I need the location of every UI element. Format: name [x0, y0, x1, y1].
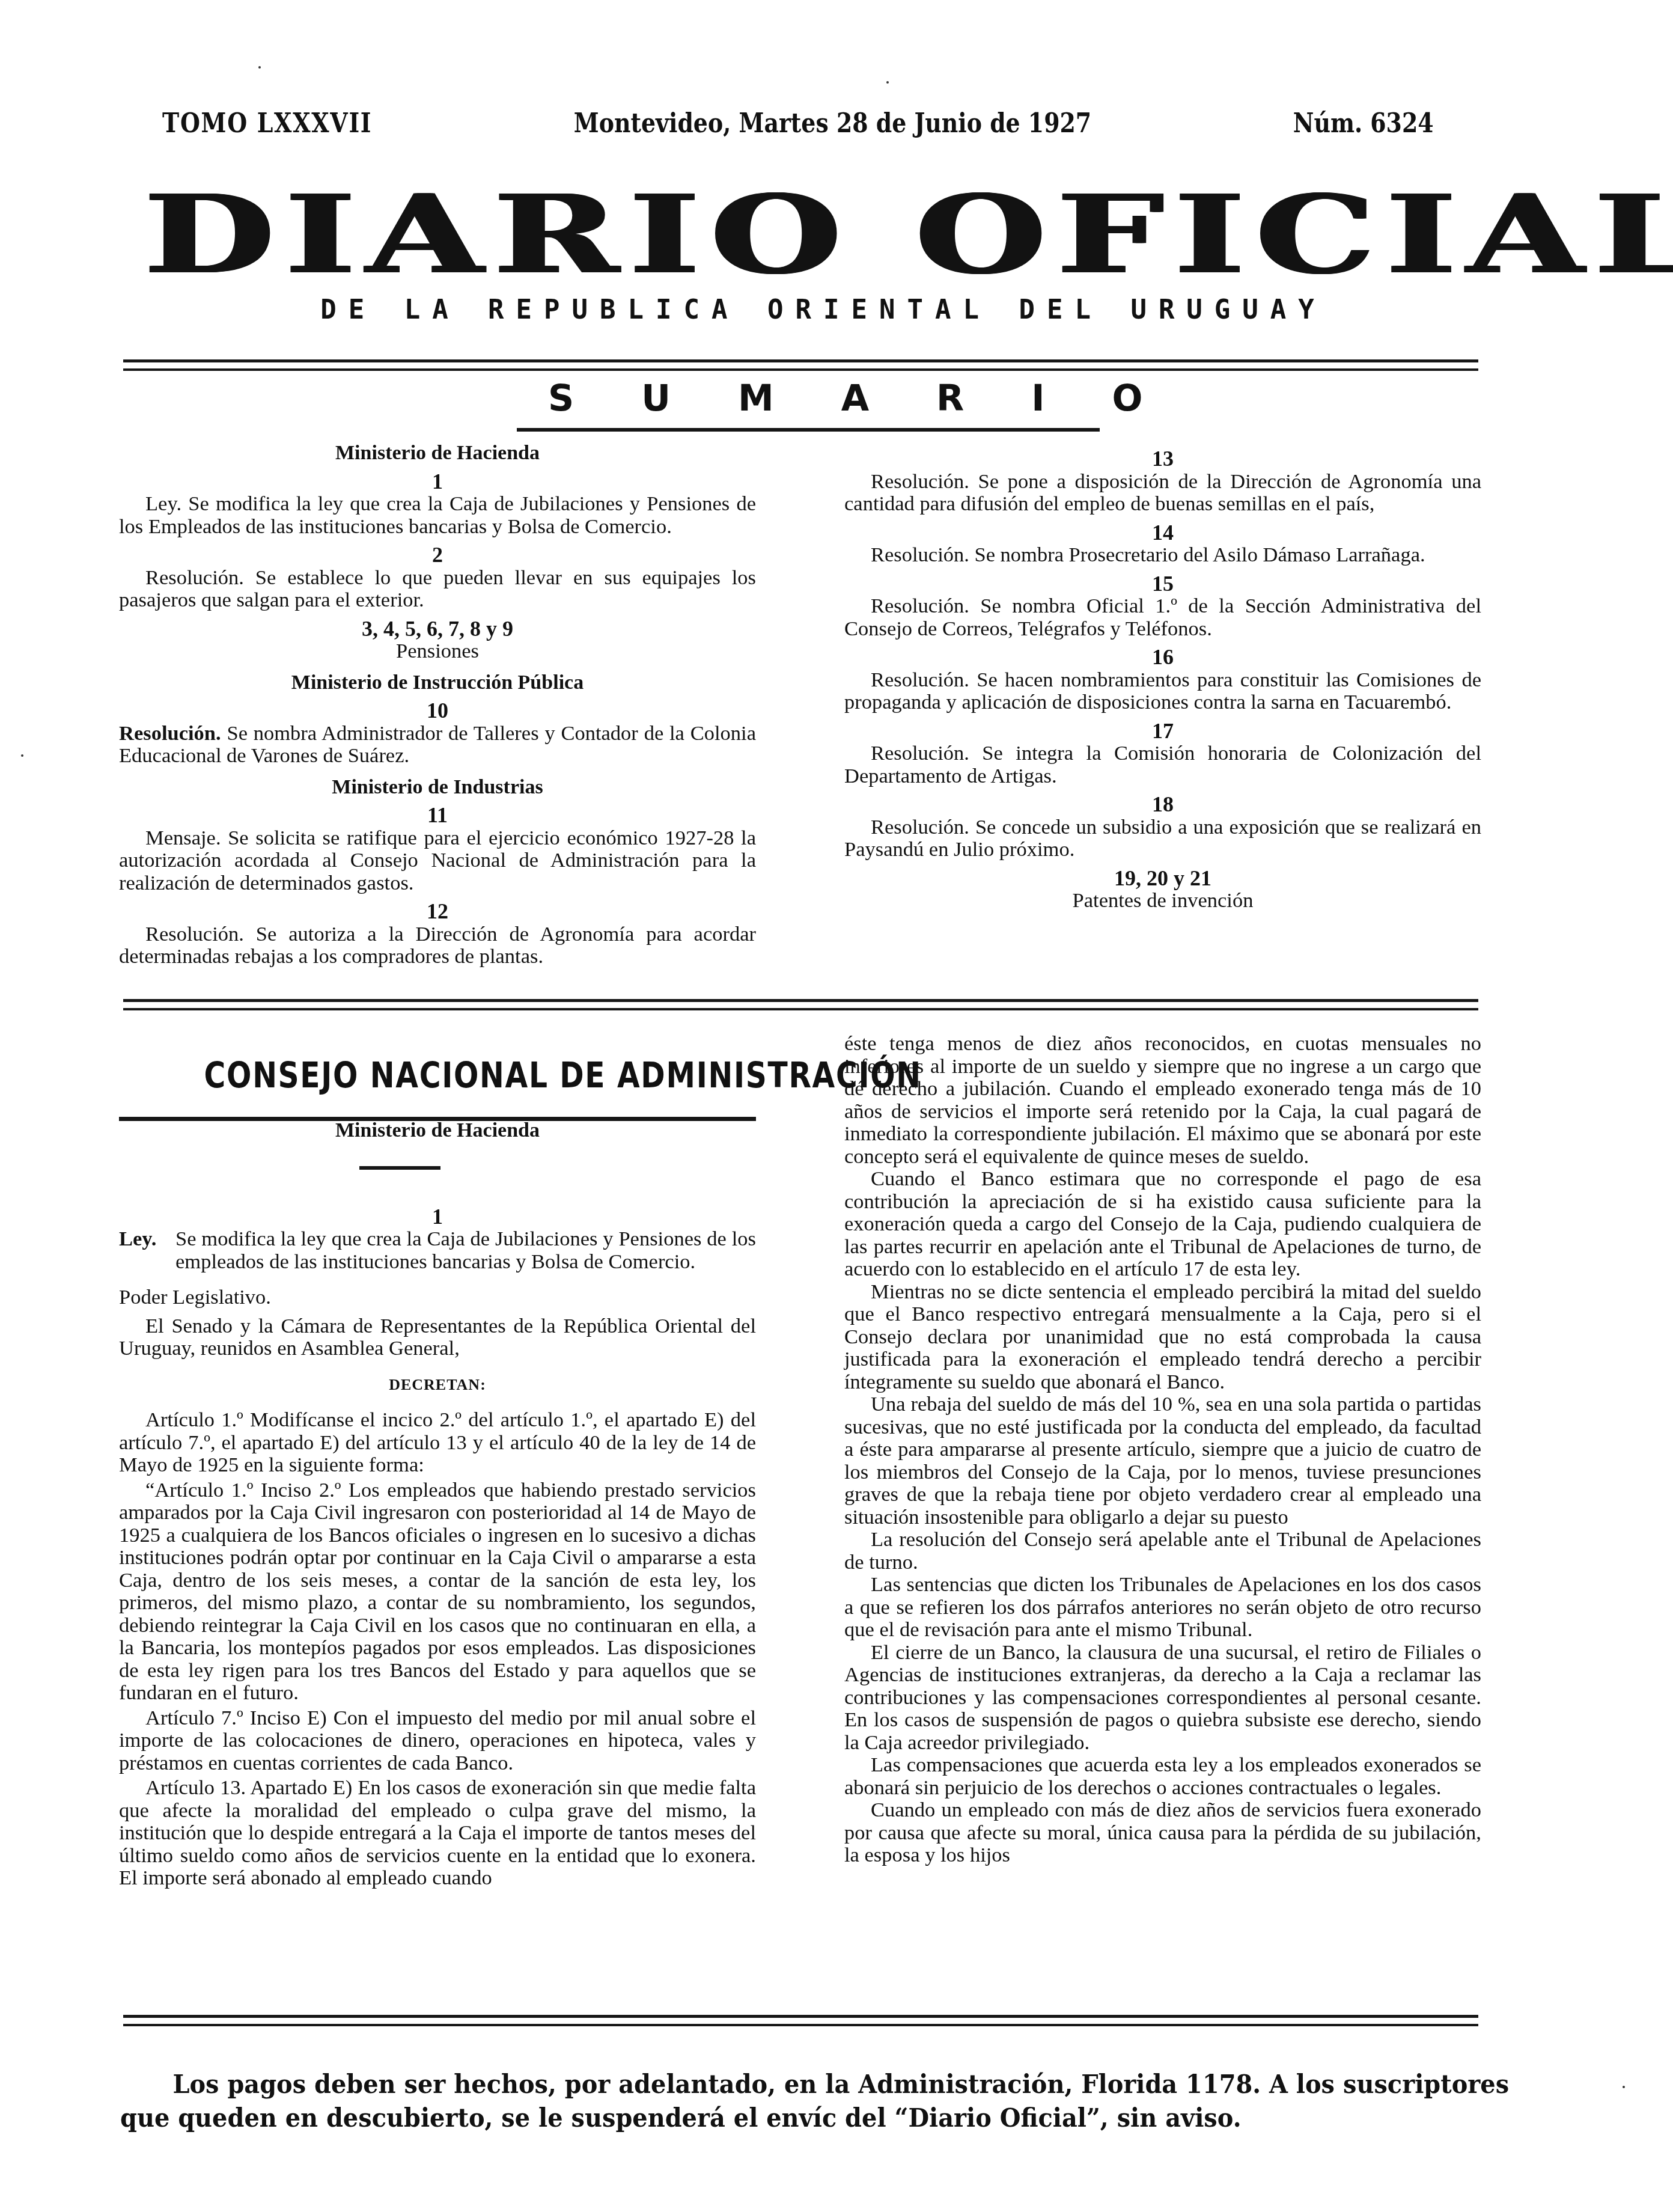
decretan-heading: DECRETAN:	[119, 1373, 756, 1396]
summary-item-label: Pensiones	[119, 640, 756, 663]
issue-header-line: TOMO LXXXVII Montevideo, Martes 28 de Ju…	[162, 108, 1268, 150]
summary-left-column: Ministerio de Hacienda1Ley. Se modifica …	[119, 442, 756, 968]
summary-item-number: 17	[844, 720, 1481, 743]
summary-item-number: 16	[844, 646, 1481, 669]
article-left-column: Ministerio de Hacienda 1 Ley. Se modific…	[119, 1119, 756, 1890]
article-paragraph: El cierre de un Banco, la clausura de un…	[844, 1642, 1481, 1755]
scan-speck	[258, 66, 261, 69]
scan-speck	[21, 754, 23, 757]
ministry-heading: Ministerio de Instrucción Pública	[119, 671, 756, 694]
article-left-paragraphs: Artículo 1.º Modifícanse el incico 2.º d…	[119, 1409, 756, 1890]
summary-item-number: 2	[119, 544, 756, 567]
ministry-heading: Ministerio de Hacienda	[119, 442, 756, 465]
article-paragraph: Las sentencias que dicten los Tribunales…	[844, 1574, 1481, 1642]
subscription-notice-line-2: que queden en descubierto, se le suspend…	[120, 2101, 1439, 2135]
article-paragraph: “Artículo 1.º Inciso 2.º Los empleados q…	[119, 1479, 756, 1705]
footer-double-rule	[123, 2015, 1478, 2026]
summary-item-number: 18	[844, 793, 1481, 816]
summary-item-text: Mensaje. Se solicita se ratifique para e…	[119, 827, 756, 895]
summary-item-number: 19, 20 y 21	[844, 867, 1481, 890]
summary-item-text: Resolución. Se autoriza a la Dirección d…	[119, 923, 756, 968]
article-paragraph: éste tenga menos de diez años reconocido…	[844, 1033, 1481, 1168]
article-lead-label: Ley.	[119, 1228, 175, 1273]
summary-item-number: 10	[119, 700, 756, 723]
section-banner: CONSEJO NACIONAL DE ADMINISTRACIÓN	[204, 1055, 644, 1096]
summary-item-number: 11	[119, 804, 756, 827]
article-right-column: éste tenga menos de diez años reconocido…	[844, 1033, 1481, 1867]
summary-item-text: Resolución. Se establece lo que pueden l…	[119, 567, 756, 612]
summary-title-rule	[517, 428, 1100, 432]
summary-item-text: Resolución. Se pone a disposición de la …	[844, 471, 1481, 516]
legislative-authority: Poder Legislativo.	[119, 1286, 756, 1309]
summary-item-label: Patentes de invención	[844, 890, 1481, 912]
summary-bottom-double-rule	[123, 999, 1478, 1010]
article-paragraph: La resolución del Consejo será apelable …	[844, 1529, 1481, 1574]
article-paragraph: Artículo 13. Apartado E) En los casos de…	[119, 1777, 756, 1890]
scan-speck	[886, 81, 889, 84]
ministry-divider	[359, 1166, 440, 1170]
summary-right-column: 13Resolución. Se pone a disposición de l…	[844, 442, 1481, 912]
summary-item-number: 13	[844, 448, 1481, 471]
volume-number: TOMO LXXXVII	[162, 108, 372, 139]
article-lead-text: Se modifica la ley que crea la Caja de J…	[175, 1228, 756, 1273]
article-ministry-heading: Ministerio de Hacienda	[119, 1119, 756, 1142]
masthead-title: DIARIO OFICIAL	[144, 180, 1502, 289]
article-paragraph: Cuando el Banco estimara que no correspo…	[844, 1168, 1481, 1281]
summary-item-number: 3, 4, 5, 6, 7, 8 y 9	[119, 618, 756, 641]
article-paragraph: Artículo 7.º Inciso E) Con el impuesto d…	[119, 1707, 756, 1775]
summary-item-text: Resolución. Se nombra Oficial 1.º de la …	[844, 595, 1481, 640]
issue-number: Núm. 6324	[1293, 108, 1434, 139]
article-paragraph: Artículo 1.º Modifícanse el incico 2.º d…	[119, 1409, 756, 1477]
subscription-notice: Los pagos deben ser hechos, por adelanta…	[120, 2068, 1439, 2135]
summary-item-text: Ley. Se modifica la ley que crea la Caja…	[119, 493, 756, 538]
summary-item-number: 15	[844, 573, 1481, 596]
article-lead: Ley. Se modifica la ley que crea la Caja…	[119, 1228, 756, 1273]
subscription-notice-line-1: Los pagos deben ser hechos, por adelanta…	[120, 2068, 1439, 2101]
summary-item-text: Resolución. Se integra la Comisión honor…	[844, 742, 1481, 787]
summary-item-number: 1	[119, 471, 756, 493]
article-paragraph: Las compensaciones que acuerda esta ley …	[844, 1754, 1481, 1799]
summary-item-text: Resolución. Se nombra Prosecretario del …	[844, 544, 1481, 567]
summary-item-text: Resolución. Se hacen nombramientos para …	[844, 669, 1481, 714]
ministry-heading: Ministerio de Industrias	[119, 776, 756, 799]
masthead-subtitle: DE LA REPUBLICA ORIENTAL DEL URUGUAY	[144, 295, 1502, 325]
summary-item-number: 12	[119, 900, 756, 923]
summary-item-text: Resolución. Se nombra Administrador de T…	[119, 723, 756, 768]
dateline: Montevideo, Martes 28 de Junio de 1927	[574, 108, 1091, 139]
article-paragraph: Cuando un empleado con más de diez años …	[844, 1799, 1481, 1867]
summary-item-number: 14	[844, 522, 1481, 545]
article-paragraph: Una rebaja del sueldo de más del 10 %, s…	[844, 1393, 1481, 1529]
scan-speck	[1623, 2086, 1625, 2088]
article-number: 1	[119, 1206, 756, 1229]
preamble: El Senado y la Cámara de Representantes …	[119, 1315, 756, 1360]
masthead-double-rule	[123, 359, 1478, 371]
summary-item-text: Resolución. Se concede un subsidio a una…	[844, 816, 1481, 861]
summary-title: SUMARIO	[481, 377, 1142, 420]
article-paragraph: Mientras no se dicte sentencia el emplea…	[844, 1281, 1481, 1394]
summary-item-lead: Resolución.	[119, 722, 221, 745]
